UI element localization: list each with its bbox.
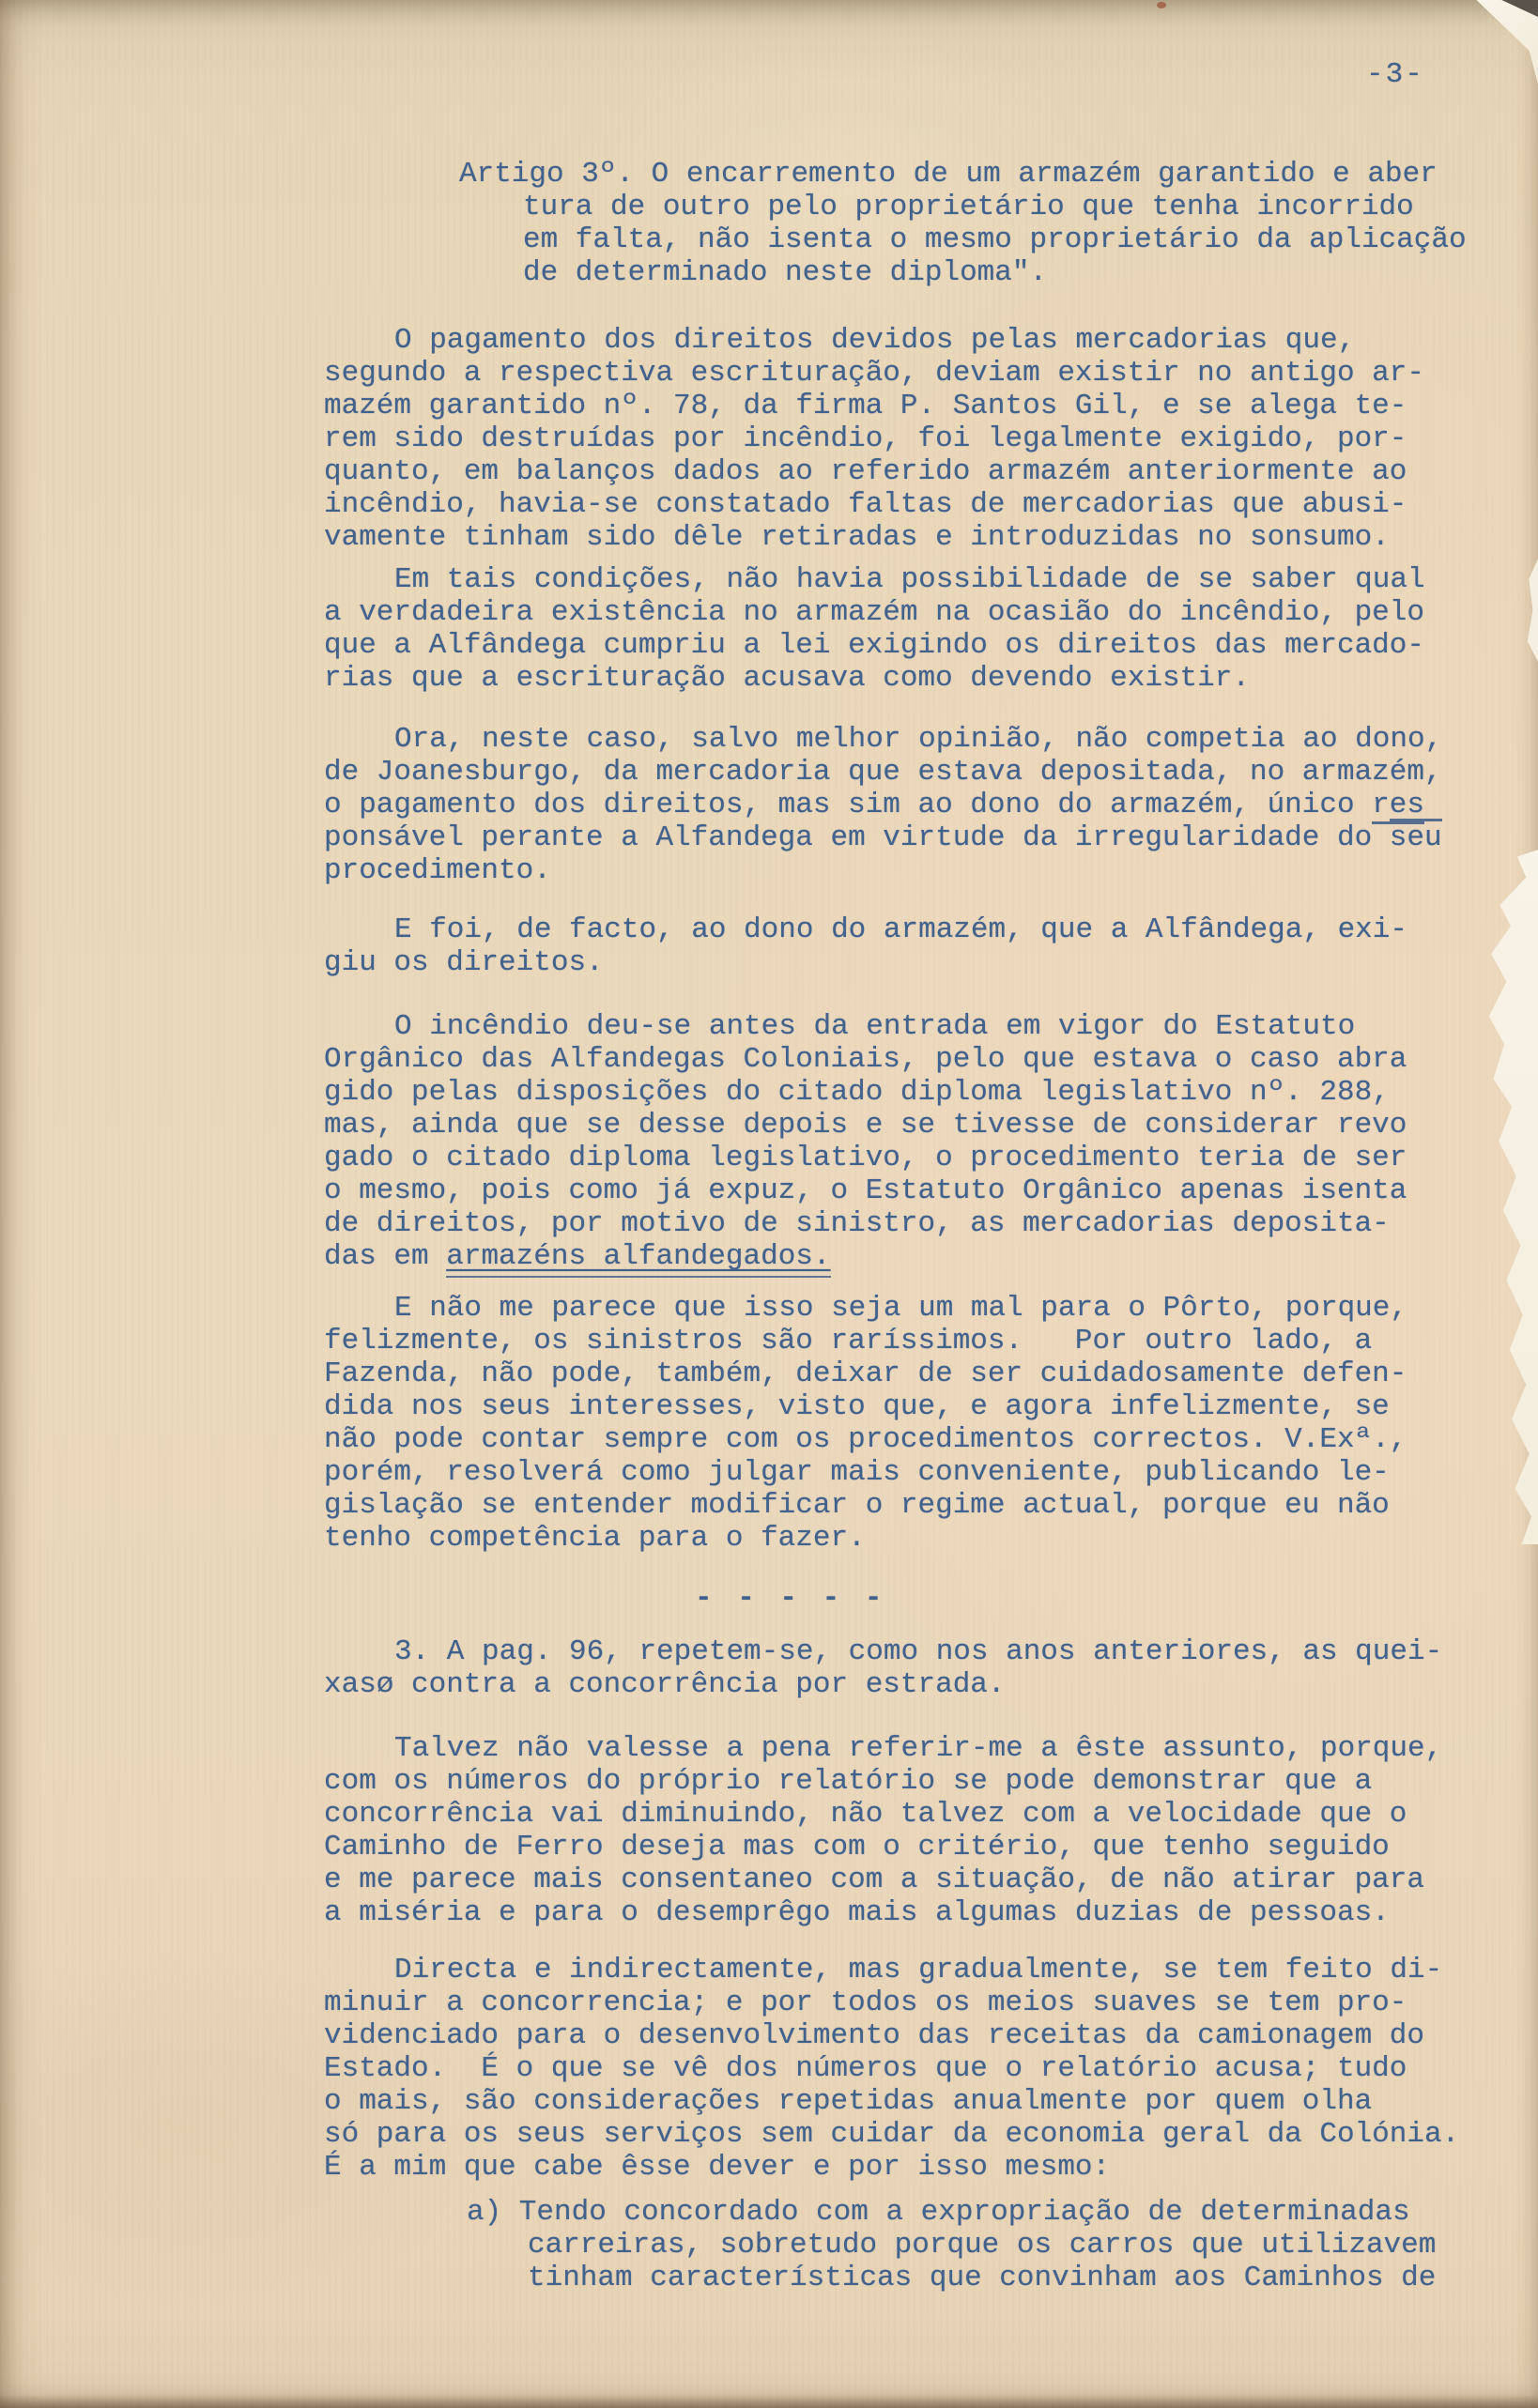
overlined-word-seu: seu — [1390, 819, 1442, 854]
paragraph-section-3-queixas: 3. A pag. 96, repetem-se, como nos anos … — [324, 1635, 1488, 1701]
article-quote-paragraph: Artigo 3º. O encarremento de um armazém … — [523, 158, 1488, 289]
document-body: Artigo 3º. O encarremento de um armazém … — [324, 0, 1488, 2294]
underlined-phrase-armazens-alfandegados: armazéns alfandegados. — [446, 1240, 830, 1278]
bottom-edge-shadow — [0, 2395, 1538, 2408]
paragraph-payment-of-duties: O pagamento dos direitos devidos pelas m… — [324, 324, 1488, 554]
paragraph-text-segment: O incêndio deu-se antes da entrada em vi… — [324, 1010, 1407, 1273]
paper-speck — [1157, 2, 1166, 8]
torn-edge-right — [1484, 850, 1538, 1544]
paragraph-e-nao-me-parece: E não me parece que isso seja um mal par… — [324, 1292, 1488, 1555]
paragraph-em-tais-condicoes: Em tais condições, não havia possibilida… — [324, 563, 1488, 695]
paragraph-text-segment: procedimento. — [324, 854, 551, 887]
paragraph-o-incendio: O incêndio deu-se antes da entrada em vi… — [324, 1010, 1488, 1273]
paragraph-talvez-nao-valesse: Talvez não valesse a pena referir-me a ê… — [324, 1732, 1488, 1929]
scanned-document-page: -3- Artigo 3º. O encarremento de um arma… — [0, 0, 1538, 2408]
paragraph-ora-neste-caso: Ora, neste caso, salvo melhor opinião, n… — [324, 723, 1488, 887]
paragraph-text-segment: Ora, neste caso, salvo melhor opinião, n… — [324, 723, 1442, 821]
torn-edge-small — [1525, 559, 1538, 662]
list-item-a: a) Tendo concordado com a expropriação d… — [528, 2196, 1488, 2294]
dash-separator: - - - - - — [695, 1582, 1488, 1615]
paragraph-e-foi-de-facto: E foi, de facto, ao dono do armazém, que… — [324, 913, 1488, 979]
paragraph-directa-e-indirectamente: Directa e indirectamente, mas gradualmen… — [324, 1954, 1488, 2184]
paragraph-text-segment: ponsável perante a Alfandega em virtude … — [324, 821, 1390, 854]
